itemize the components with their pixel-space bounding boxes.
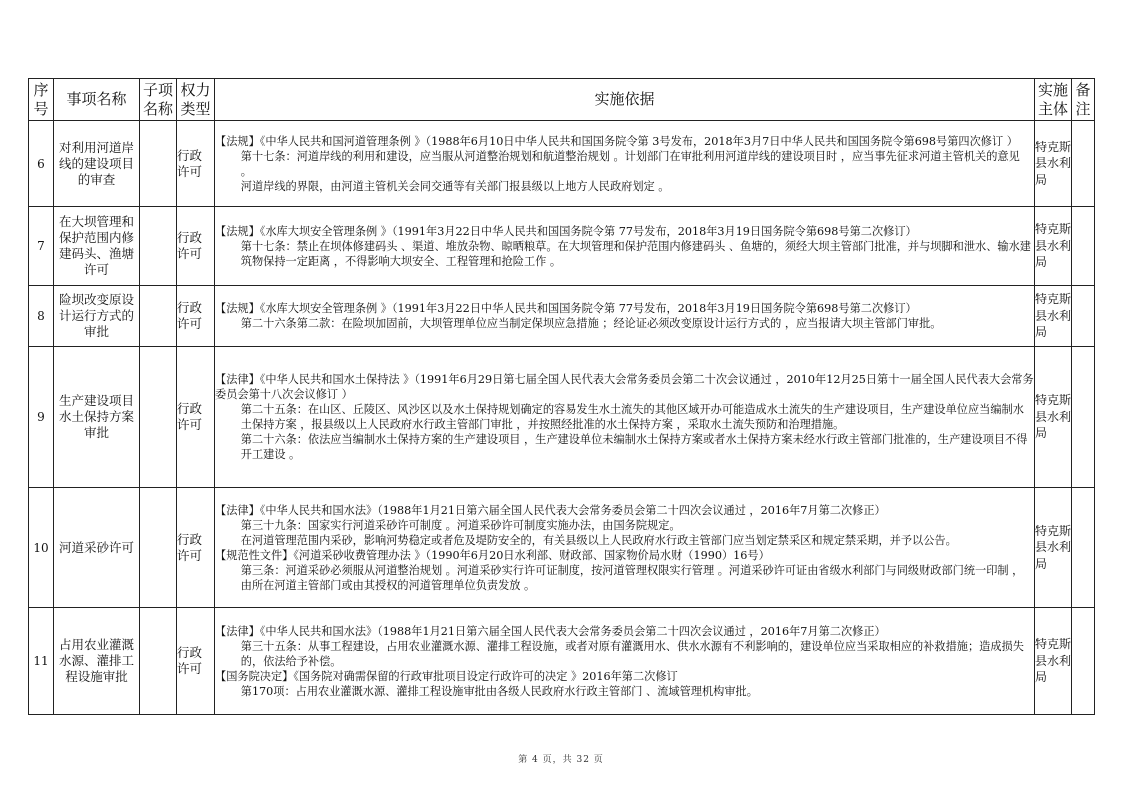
row-remarks [1072, 207, 1095, 286]
basis-paragraph: 【法规】《水库大坝安全管理条例 》（1991年3月22日中华人民共和国国务院令第… [215, 301, 1034, 316]
row-item-name: 对利用河道岸线的建设项目的审查 [54, 121, 140, 207]
header-power-type: 权力类型 [177, 79, 215, 121]
row-implementing-body: 特克斯县水利局 [1035, 488, 1072, 608]
row-seq: 6 [29, 121, 54, 207]
row-basis: 【法规】《中华人民共和国河道管理条例 》（1988年6月10日中华人民共和国国务… [215, 121, 1035, 207]
table-row: 9 生产建设项目水土保持方案审批 行政许可 【法律】《中华人民共和国水土保持法 … [29, 347, 1095, 488]
basis-paragraph: 第十七条：河道岸线的利用和建设，应当服从河道整治规划和航道整治规划 。计划部门在… [215, 149, 1034, 179]
row-basis: 【法规】《水库大坝安全管理条例 》（1991年3月22日中华人民共和国国务院令第… [215, 286, 1035, 347]
row-sub-item-name [140, 207, 177, 286]
row-basis: 【法律】《中华人民共和国水土保持法 》（1991年6月29日第七届全国人民代表大… [215, 347, 1035, 488]
table-row: 6 对利用河道岸线的建设项目的审查 行政许可 【法规】《中华人民共和国河道管理条… [29, 121, 1095, 207]
basis-paragraph: 【法规】《中华人民共和国河道管理条例 》（1988年6月10日中华人民共和国国务… [215, 134, 1034, 149]
row-implementing-body: 特克斯县水利局 [1035, 347, 1072, 488]
row-sub-item-name [140, 121, 177, 207]
document-page: 序号 事项名称 子项名称 权力类型 实施依据 实施主体 备注 6 对利用河道岸线… [0, 0, 1122, 793]
row-implementing-body: 特克斯县水利局 [1035, 207, 1072, 286]
header-implementing-body: 实施主体 [1035, 79, 1072, 121]
row-sub-item-name [140, 488, 177, 608]
header-basis: 实施依据 [215, 79, 1035, 121]
row-item-name: 生产建设项目水土保持方案审批 [54, 347, 140, 488]
basis-paragraph: 河道岸线的界限，由河道主管机关会同交通等有关部门报县级以上地方人民政府划定 。 [215, 179, 1034, 194]
basis-paragraph: 【法律】《中华人民共和国水法》（1988年1月21日第六届全国人民代表大会常务委… [215, 624, 1034, 639]
row-sub-item-name [140, 347, 177, 488]
table-row: 7 在大坝管理和保护范围内修建码头、渔塘许可 行政许可 【法规】《水库大坝安全管… [29, 207, 1095, 286]
row-implementing-body: 特克斯县水利局 [1035, 286, 1072, 347]
row-remarks [1072, 608, 1095, 715]
table-header-row: 序号 事项名称 子项名称 权力类型 实施依据 实施主体 备注 [29, 79, 1095, 121]
row-remarks [1072, 286, 1095, 347]
row-item-name: 在大坝管理和保护范围内修建码头、渔塘许可 [54, 207, 140, 286]
row-power-type: 行政许可 [177, 347, 215, 488]
row-sub-item-name [140, 286, 177, 347]
basis-paragraph: 第三条：河道采砂必须服从河道整治规划 。河道采砂实行许可证制度，按河道管理权限实… [215, 563, 1034, 593]
row-item-name: 占用农业灌溉水源、灌排工程设施审批 [54, 608, 140, 715]
row-implementing-body: 特克斯县水利局 [1035, 608, 1072, 715]
basis-paragraph: 第二十六条第二款：在险坝加固前，大坝管理单位应当制定保坝应急措施 ；经论证必须改… [215, 316, 1034, 331]
row-power-type: 行政许可 [177, 488, 215, 608]
row-seq: 8 [29, 286, 54, 347]
row-basis: 【法律】《中华人民共和国水法》（1988年1月21日第六届全国人民代表大会常务委… [215, 488, 1035, 608]
basis-paragraph: 第十七条：禁止在坝体修建码头 、渠道、堆放杂物、晾晒粮草。在大坝管理和保护范围内… [215, 239, 1034, 269]
basis-paragraph: 第二十六条：依法应当编制水土保持方案的生产建设项目 ，生产建设单位未编制水土保持… [215, 432, 1034, 462]
row-power-type: 行政许可 [177, 608, 215, 715]
basis-paragraph: 【法规】《水库大坝安全管理条例 》（1991年3月22日中华人民共和国国务院令第… [215, 224, 1034, 239]
page-number: 第 4 页，共 32 页 [0, 752, 1122, 765]
row-basis: 【法律】《中华人民共和国水法》（1988年1月21日第六届全国人民代表大会常务委… [215, 608, 1035, 715]
row-item-name: 险坝改变原设计运行方式的审批 [54, 286, 140, 347]
table-row: 11 占用农业灌溉水源、灌排工程设施审批 行政许可 【法律】《中华人民共和国水法… [29, 608, 1095, 715]
row-remarks [1072, 488, 1095, 608]
administrative-power-table: 序号 事项名称 子项名称 权力类型 实施依据 实施主体 备注 6 对利用河道岸线… [28, 78, 1095, 715]
header-remarks: 备注 [1072, 79, 1095, 121]
row-sub-item-name [140, 608, 177, 715]
basis-paragraph: 在河道管理范围内采砂，影响河势稳定或者危及堤防安全的，有关县级以上人民政府水行政… [215, 533, 1034, 548]
row-implementing-body: 特克斯县水利局 [1035, 121, 1072, 207]
basis-paragraph: 第170项：占用农业灌溉水源、灌排工程设施审批由各级人民政府水行政主管部门 、流… [215, 684, 1034, 699]
header-seq: 序号 [29, 79, 54, 121]
row-seq: 7 [29, 207, 54, 286]
row-power-type: 行政许可 [177, 207, 215, 286]
row-seq: 9 [29, 347, 54, 488]
basis-paragraph: 【国务院决定】《国务院对确需保留的行政审批项目设定行政许可的决定 》2016年第… [215, 669, 1034, 684]
basis-paragraph: 第三十九条：国家实行河道采砂许可制度 。河道采砂许可制度实施办法，由国务院规定。 [215, 518, 1034, 533]
basis-paragraph: 【法律】《中华人民共和国水法》（1988年1月21日第六届全国人民代表大会常务委… [215, 503, 1034, 518]
row-item-name: 河道采砂许可 [54, 488, 140, 608]
row-seq: 10 [29, 488, 54, 608]
row-remarks [1072, 347, 1095, 488]
basis-paragraph: 【法律】《中华人民共和国水土保持法 》（1991年6月29日第七届全国人民代表大… [215, 372, 1034, 402]
row-remarks [1072, 121, 1095, 207]
table-row: 10 河道采砂许可 行政许可 【法律】《中华人民共和国水法》（1988年1月21… [29, 488, 1095, 608]
row-basis: 【法规】《水库大坝安全管理条例 》（1991年3月22日中华人民共和国国务院令第… [215, 207, 1035, 286]
row-power-type: 行政许可 [177, 286, 215, 347]
row-seq: 11 [29, 608, 54, 715]
row-power-type: 行政许可 [177, 121, 215, 207]
header-item-name: 事项名称 [54, 79, 140, 121]
header-sub-item-name: 子项名称 [140, 79, 177, 121]
basis-paragraph: 第二十五条：在山区、丘陵区、风沙区以及水土保持规划确定的容易发生水土流失的其他区… [215, 402, 1034, 432]
table-row: 8 险坝改变原设计运行方式的审批 行政许可 【法规】《水库大坝安全管理条例 》（… [29, 286, 1095, 347]
basis-paragraph: 第三十五条：从事工程建设，占用农业灌溉水源、灌排工程设施，或者对原有灌溉用水、供… [215, 639, 1034, 669]
basis-paragraph: 【规范性文件】《河道采砂收费管理办法 》（1990年6月20日水利部、财政部、国… [215, 548, 1034, 563]
